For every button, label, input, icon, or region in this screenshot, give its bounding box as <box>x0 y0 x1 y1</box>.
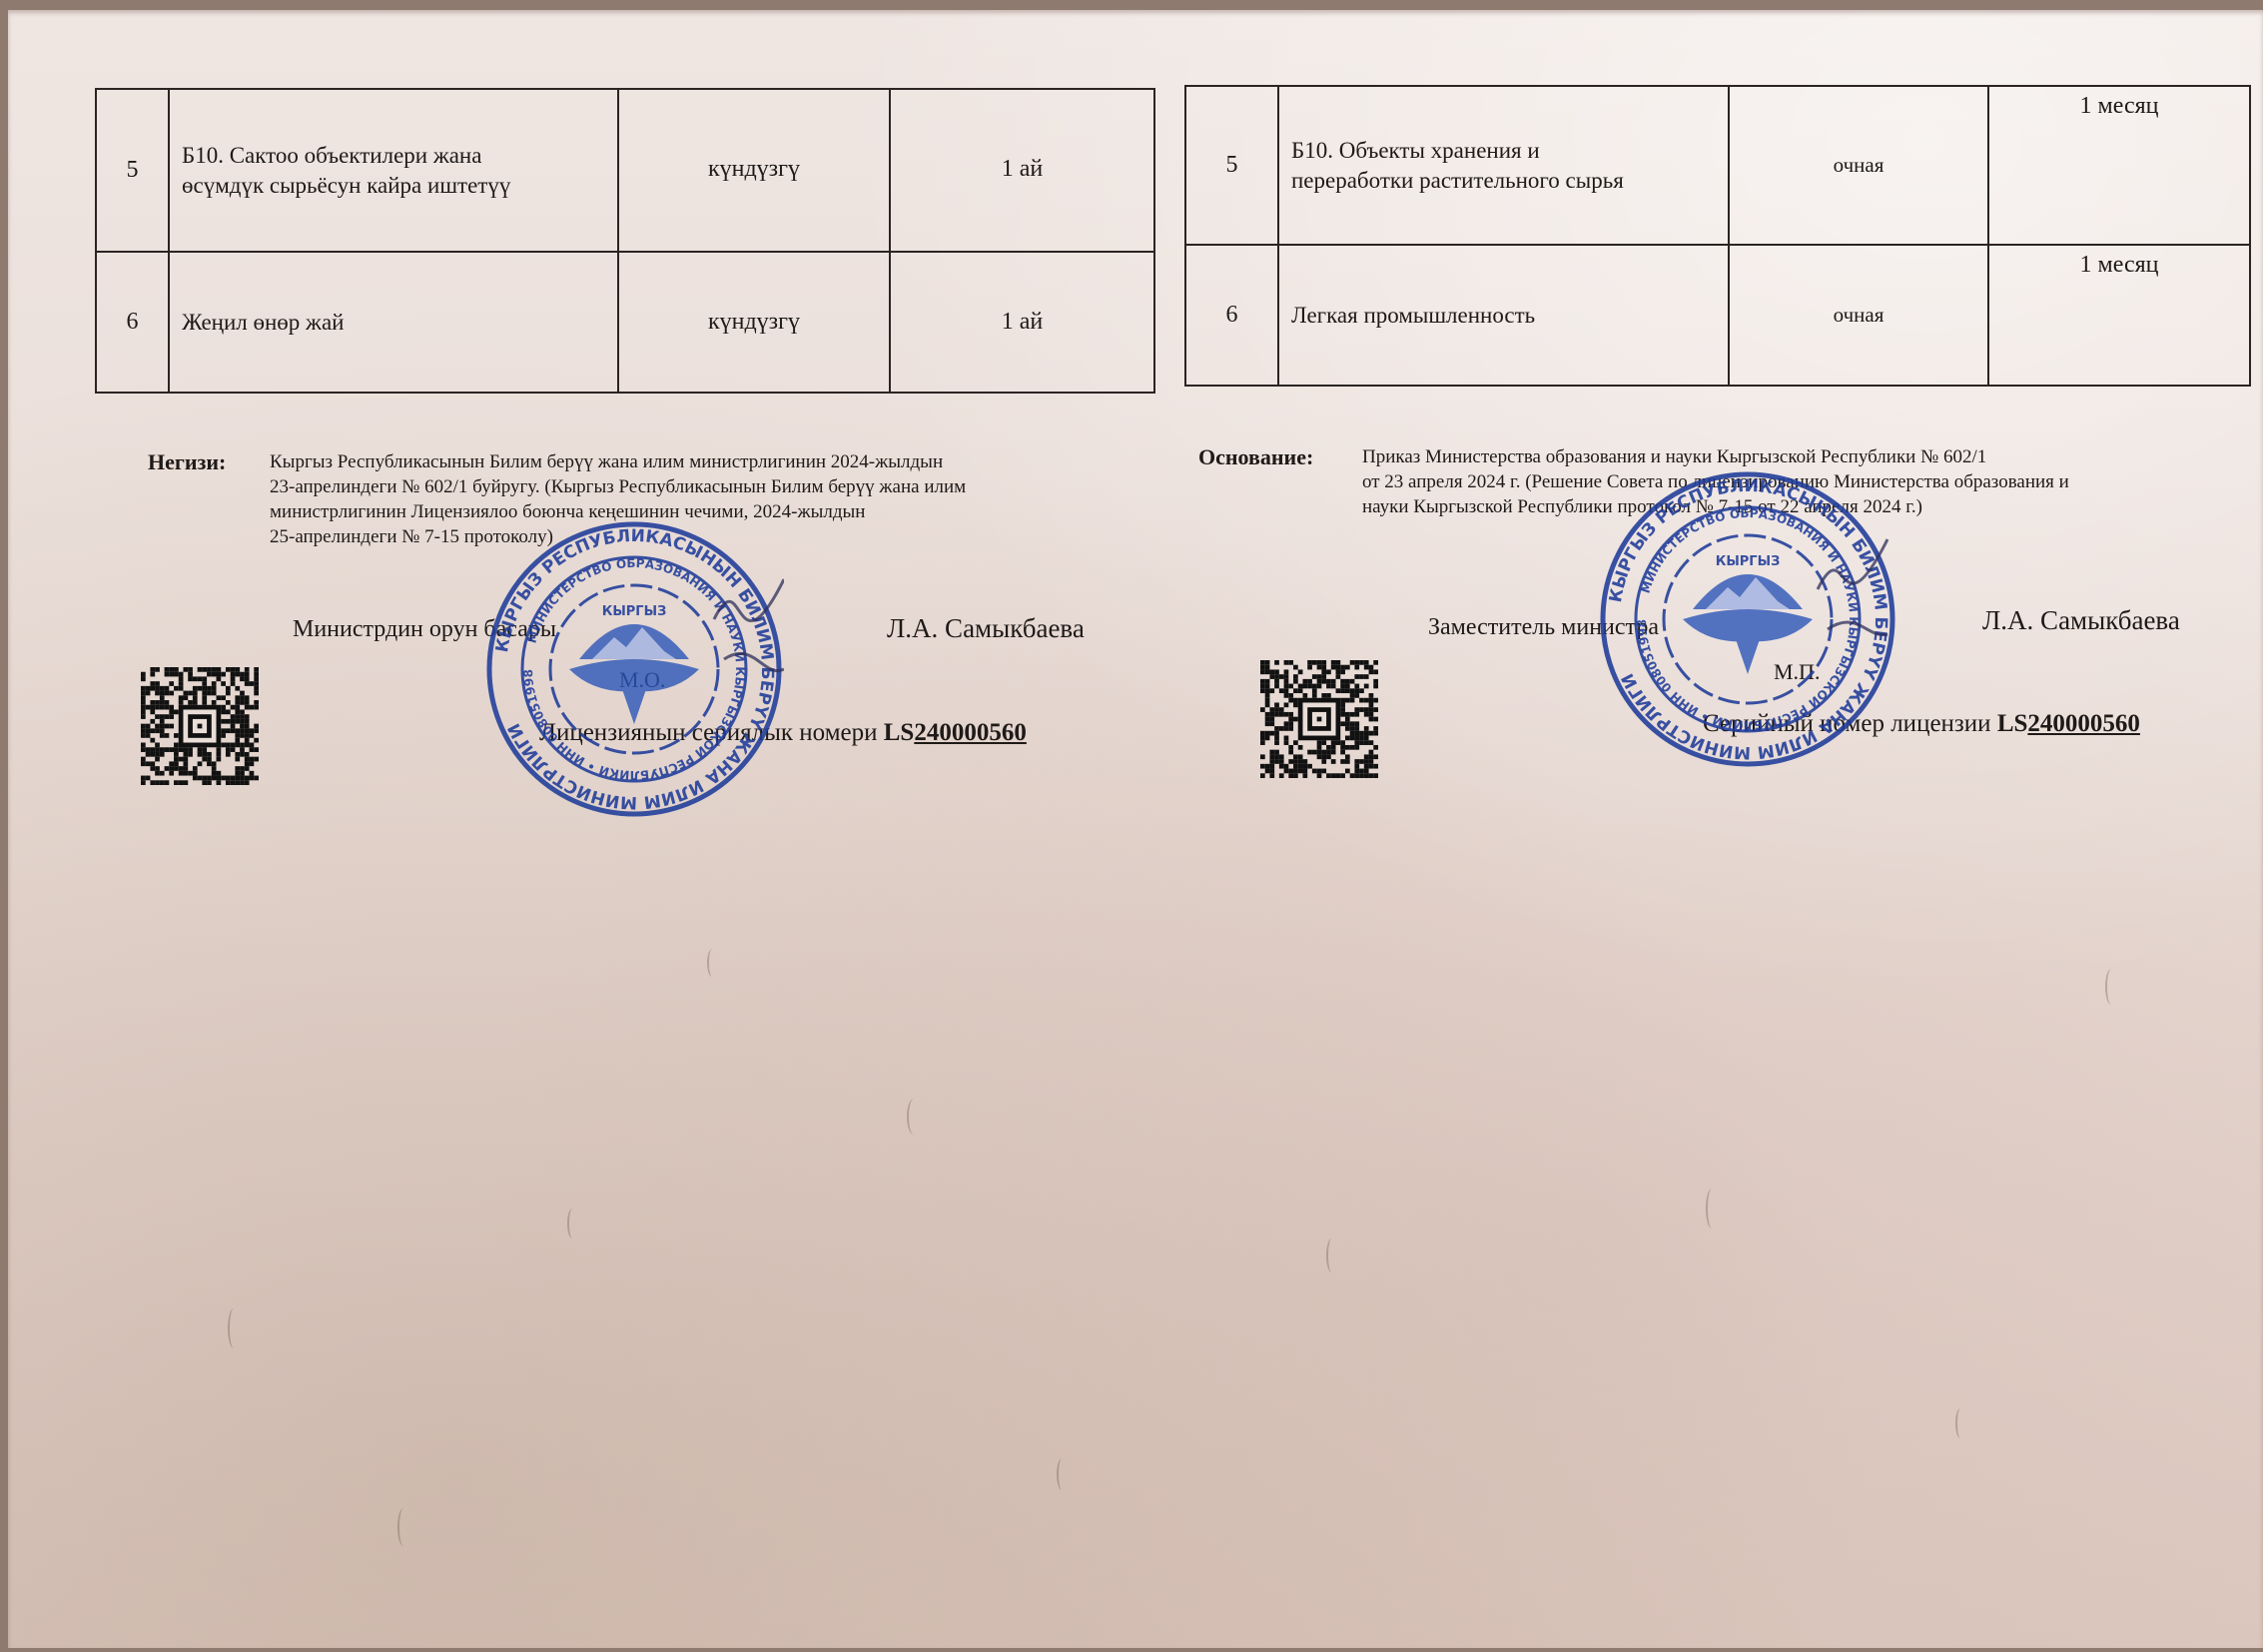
row-number: 5 <box>1185 86 1278 245</box>
program-name: Легкая промышленность <box>1278 245 1729 386</box>
table-row: 6 Жеңил өнөр жай күндүзгү 1 ай <box>96 252 1154 393</box>
table-row: 5 Б10. Сактоо объектилери жана өсүмдүк с… <box>96 89 1154 252</box>
serial-prefix: LS <box>884 719 915 746</box>
program-name: Жеңил өнөр жай <box>169 252 618 393</box>
license-table-ky: 5 Б10. Сактоо объектилери жана өсүмдүк с… <box>95 88 1155 394</box>
paper-fiber <box>567 1209 577 1239</box>
serial-value: 240000560 <box>2027 710 2140 737</box>
study-form: очная <box>1729 86 1988 245</box>
svg-text:КЫРГЫЗ: КЫРГЫЗ <box>602 604 667 619</box>
program-name-line: Жеңил өнөр жай <box>182 308 605 338</box>
program-name: Б10. Объекты хранения и переработки раст… <box>1278 86 1729 245</box>
table-row: 6 Легкая промышленность очная 1 месяц <box>1185 245 2250 386</box>
study-form: күндүзгү <box>618 89 890 252</box>
row-number: 5 <box>96 89 169 252</box>
license-table-ru: 5 Б10. Объекты хранения и переработки ра… <box>1184 85 2251 387</box>
study-form: күндүзгү <box>618 252 890 393</box>
study-duration: 1 месяц <box>1988 245 2250 386</box>
paper-fiber <box>397 1508 409 1546</box>
paper-fiber <box>1326 1239 1337 1272</box>
paper-fiber <box>1955 1408 1965 1438</box>
study-form: очная <box>1729 245 1988 386</box>
basis-label: Негизи: <box>148 449 226 474</box>
row-number: 6 <box>1185 245 1278 386</box>
official-stamp-icon: КЫРГЫЗ РЕСПУБЛИКАСЫНЫН БИЛИМ БЕРҮҮ ЖАНА … <box>1598 469 1897 769</box>
paper-fiber <box>907 1099 921 1135</box>
basis-line: 23-апрелиндеги № 602/1 буйругу. (Кыргыз … <box>270 474 1129 499</box>
basis-line: Приказ Министерства образования и науки … <box>1362 444 2241 469</box>
program-name-line: Легкая промышленность <box>1291 301 1716 331</box>
svg-text:КЫРГЫЗ: КЫРГЫЗ <box>1716 554 1781 569</box>
paper-fiber <box>707 949 717 977</box>
study-duration: 1 ай <box>890 89 1154 252</box>
paper-fiber <box>1706 1189 1718 1229</box>
table-row: 5 Б10. Объекты хранения и переработки ра… <box>1185 86 2250 245</box>
serial-prefix: LS <box>1997 710 2028 737</box>
basis-label: Основание: <box>1198 444 1313 469</box>
program-name: Б10. Сактоо объектилери жана өсүмдүк сыр… <box>169 89 618 252</box>
row-number: 6 <box>96 252 169 393</box>
basis-line: Кыргыз Республикасынын Билим берүү жана … <box>270 449 1129 474</box>
paper-fiber <box>2105 969 2117 1005</box>
serial-value: 240000560 <box>914 719 1027 746</box>
program-name-line: Б10. Сактоо объектилери жана <box>182 141 605 171</box>
paper-fiber <box>1057 1458 1068 1490</box>
official-stamp-icon: КЫРГЫЗ РЕСПУБЛИКАСЫНЫН БИЛИМ БЕРҮҮ ЖАНА … <box>484 519 784 819</box>
study-duration: 1 месяц <box>1988 86 2250 245</box>
study-duration: 1 ай <box>890 252 1154 393</box>
program-name-line: переработки растительного сырья <box>1291 166 1716 196</box>
paper-fiber <box>228 1308 240 1348</box>
program-name-line: өсүмдүк сырьёсун кайра иштетүү <box>182 171 605 201</box>
program-name-line: Б10. Объекты хранения и <box>1291 136 1716 166</box>
qr-code-icon <box>1260 660 1378 778</box>
signatory-name: Л.А. Самыкбаева <box>887 613 1085 644</box>
signatory-name: Л.А. Самыкбаева <box>1982 605 2180 636</box>
qr-code-icon <box>141 667 259 785</box>
